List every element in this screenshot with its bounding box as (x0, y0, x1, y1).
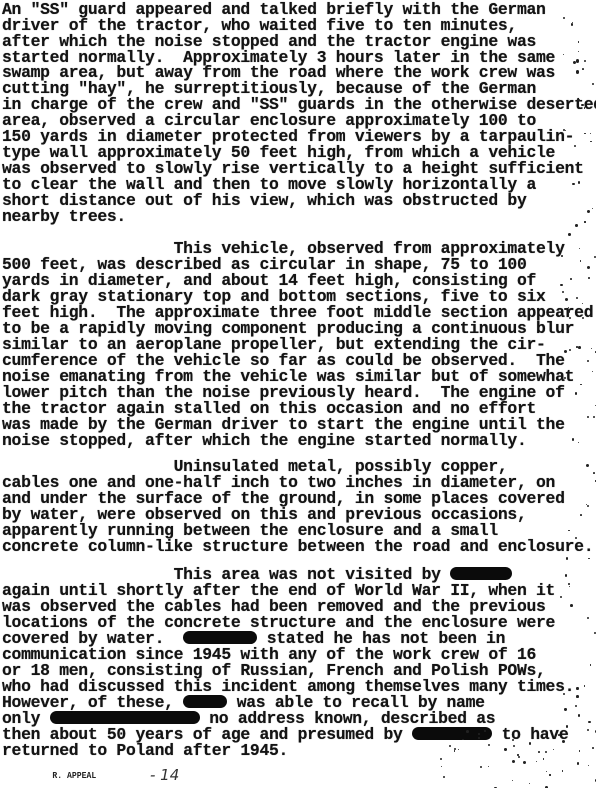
text-line: nearby trees. (2, 209, 126, 225)
redaction-bar (183, 631, 257, 644)
redaction-bar (412, 727, 492, 740)
document-page: An "SS" guard appeared and talked briefl… (0, 0, 596, 788)
text-line: returned to Poland after 1945. (2, 743, 288, 759)
text-line: noise stopped, after which the engine st… (2, 433, 526, 449)
redaction-bar (450, 567, 512, 580)
redaction-bar (183, 695, 227, 708)
text-line: concrete column-like structure between t… (2, 539, 593, 555)
redaction-bar (50, 711, 200, 724)
page-number: - 14 (150, 766, 179, 784)
footer-stamp: R. APPEAL (52, 771, 96, 781)
